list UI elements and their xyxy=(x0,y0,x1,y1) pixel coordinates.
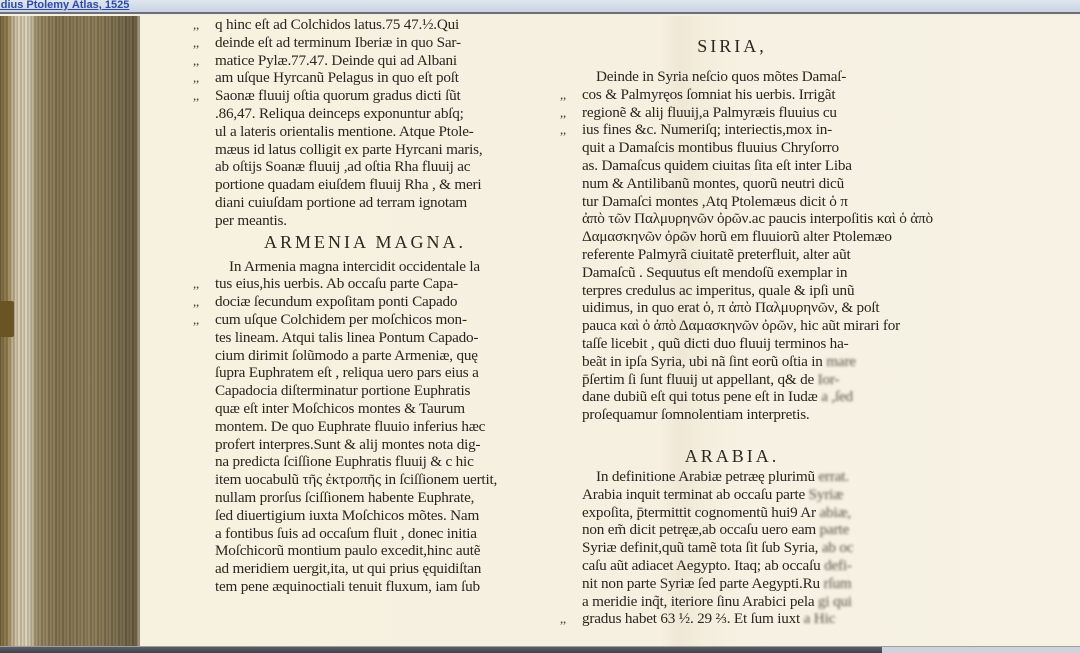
quotation-margin-mark: ,, xyxy=(193,293,199,311)
text-line: ,,dociæ ſecundum expoſitam ponti Capado xyxy=(215,293,515,311)
quotation-margin-mark: ,, xyxy=(193,16,199,34)
text-line: item uocabulũ τῆς ἐκτροπῆς in ſciſſionem… xyxy=(215,471,515,489)
blurred-text-fragment: mare xyxy=(823,353,856,370)
text-line: ,,Saonæ fluuij oſtia quorum gradus dicti… xyxy=(215,87,515,105)
text-line: ,,tus eius,his uerbis. Ab occaſu parte C… xyxy=(215,275,515,293)
text-line: ul a lateris orientalis mentione. Atque … xyxy=(215,123,515,141)
line-text: cium dirimit ſolũmodo a parte Armeniæ, q… xyxy=(215,347,478,364)
siria-paragraph: Deinde in Syria neſcio quos mõtes Damaſ-… xyxy=(582,68,882,424)
line-text: Saonæ fluuij oſtia quorum gradus dicti ſ… xyxy=(215,87,461,104)
line-text: as. Damaſcus quidem ciuitas ſita eſt int… xyxy=(582,157,852,174)
arabia-paragraph: In definitione Arabiæ petræę plurimũ err… xyxy=(582,468,882,628)
line-text: gradus habet 63 ½. 29 ⅔. Et ſum iuxt xyxy=(582,610,800,627)
text-line: tes lineam. Atqui talis linea Pontum Cap… xyxy=(215,329,515,347)
text-line: ad meridiem uergit,ita, ut qui prius ęqu… xyxy=(215,560,515,578)
line-text: nullam prorſus ſciſſionem habente Euphra… xyxy=(215,489,474,506)
line-text: a meridie inq̃t, iteriore ſinu Arabici p… xyxy=(582,593,814,610)
blurred-text-fragment: abiæ, xyxy=(816,504,851,521)
quotation-margin-mark: ,, xyxy=(193,52,199,70)
text-line: per meantis. xyxy=(215,212,515,230)
text-line: ,,regionẽ & alij fluuij,a Palmyræis fluu… xyxy=(582,104,882,122)
line-text: tem pene æquinoctiali tenuit fluxum, iam… xyxy=(215,578,480,595)
line-text: a fontibus ſuis ad occaſum fluit , donec… xyxy=(215,525,477,542)
text-line: pauca καὶ ὁ ἀπὸ Δαμασκηνῶν ὀρῶν, hic aũt… xyxy=(582,317,882,335)
line-text: cum uſque Colchidem per moſchicos mon- xyxy=(215,311,467,328)
text-line: tur Damaſci montes ,Atq Ptolemæus dicit … xyxy=(582,193,882,211)
text-line: Damaſcũ . Sequutus eſt mendoſũ exemplar … xyxy=(582,264,882,282)
text-line: proſequamur ſomnolentiam interpretis. xyxy=(582,406,882,424)
line-text: diani cuiuſdam portione ad terram ignota… xyxy=(215,194,467,211)
line-text: Capadocia diſterminatur portione Euphrat… xyxy=(215,382,470,399)
text-line: as. Damaſcus quidem ciuitas ſita eſt int… xyxy=(582,157,882,175)
scan-viewport[interactable]: ,,q hinc eſt ad Colchidos latus.75 47.½.… xyxy=(0,16,1080,646)
text-line: non em̃ dicit petręæ,ab occaſu uero eam … xyxy=(582,521,882,539)
text-line: Moſchicorũ montium paulo excedit,hinc au… xyxy=(215,542,515,560)
text-line: uidimus, in quo erat ὁ, π ἀπὸ Παλμυρηνῶν… xyxy=(582,299,882,317)
line-text: na predicta ſciſſione Euphratis fluuij &… xyxy=(215,453,474,470)
blurred-text-fragment: a Hic xyxy=(800,610,835,627)
line-text: per meantis. xyxy=(215,212,287,229)
line-text: expoſita, p̄termittit cognomentũ hui9 Ar xyxy=(582,504,816,521)
line-text: p̄ſertim ſi ſunt fluuij ut appellant, q&… xyxy=(582,371,814,388)
section-heading-siria: SIRIA, xyxy=(582,34,882,58)
text-line: portione quadam eiuſdem fluuij Rha , & m… xyxy=(215,176,515,194)
blurred-text-fragment: Syriæ xyxy=(805,486,843,503)
text-line: ,,ius fines &c. Numeriſq; interiectis,mo… xyxy=(582,121,882,139)
line-text: montem. De quo Euphrate fluuio inferius … xyxy=(215,418,485,435)
line-text: matice Pylæ.77.47. Deinde qui ad Albani xyxy=(215,52,457,69)
text-line: .86,47. Reliqua deinceps exponuntur abſq… xyxy=(215,105,515,123)
line-text: ab oſtijs Soanæ fluuij ,ad oſtia Rha flu… xyxy=(215,158,470,175)
blurred-text-fragment: Ior- xyxy=(814,371,839,388)
quotation-margin-mark: ,, xyxy=(193,34,199,52)
text-line: expoſita, p̄termittit cognomentũ hui9 Ar… xyxy=(582,504,882,522)
line-text: referente Palmyrã ciuitatẽ preterfluit, … xyxy=(582,246,851,263)
text-line: ἀπὸ τῶν Παλμυρηνῶν ὀρῶν.ac paucis interp… xyxy=(582,210,882,228)
line-text: regionẽ & alij fluuij,a Palmyræis fluuiu… xyxy=(582,104,837,121)
text-line: tem pene æquinoctiali tenuit fluxum, iam… xyxy=(215,578,515,596)
line-text: portione quadam eiuſdem fluuij Rha , & m… xyxy=(215,176,481,193)
line-text: ius fines &c. Numeriſq; interiectis,mox … xyxy=(582,121,832,138)
line-text: Moſchicorũ montium paulo excedit,hinc au… xyxy=(215,542,480,559)
line-text: deinde eſt ad terminum Iberiæ in quo Sar… xyxy=(215,34,461,51)
line-text: ἀπὸ τῶν Παλμυρηνῶν ὀρῶν.ac paucis interp… xyxy=(582,210,933,227)
quotation-margin-mark: ,, xyxy=(560,104,566,122)
quotation-margin-mark: ,, xyxy=(193,87,199,105)
text-line: Δαμασκηνῶν ὀρῶν horũ em fluuiorũ alter P… xyxy=(582,228,882,246)
text-line: nit non parte Syriæ ſed parte Aegypti.Ru… xyxy=(582,575,882,593)
text-line: ,,matice Pylæ.77.47. Deinde qui ad Alban… xyxy=(215,52,515,70)
text-line: num & Antilibanũ montes, quorũ neutri di… xyxy=(582,175,882,193)
line-text: non em̃ dicit petręæ,ab occaſu uero eam xyxy=(582,521,816,538)
blurred-text-fragment: defi- xyxy=(821,557,852,574)
line-text: nit non parte Syriæ ſed parte Aegypti.Ru xyxy=(582,575,820,592)
text-line: Capadocia diſterminatur portione Euphrat… xyxy=(215,382,515,400)
quotation-margin-mark: ,, xyxy=(560,86,566,104)
section-heading-arabia: ARABIA. xyxy=(582,444,882,468)
line-text: ſupra Euphratem eſt , reliqua uero pars … xyxy=(215,364,479,381)
line-text: In definitione Arabiæ petræę plurimũ xyxy=(596,468,815,485)
armenia-paragraph: In Armenia magna intercidit occidentale … xyxy=(215,258,515,596)
text-line: Arabia inquit terminat ab occaſu parte S… xyxy=(582,486,882,504)
text-line: terpres credulus ac imperitus, quale & i… xyxy=(582,282,882,300)
text-line: na predicta ſciſſione Euphratis fluuij &… xyxy=(215,453,515,471)
line-text: dociæ ſecundum expoſitam ponti Capado xyxy=(215,293,457,310)
line-text: quæ eſt inter Moſchicos montes & Taurum xyxy=(215,400,465,417)
text-line: diani cuiuſdam portione ad terram ignota… xyxy=(215,194,515,212)
line-text: am uſque Hyrcanũ Pelagus in quo eſt poſt xyxy=(215,69,459,86)
text-line: cium dirimit ſolũmodo a parte Armeniæ, q… xyxy=(215,347,515,365)
line-text: proſequamur ſomnolentiam interpretis. xyxy=(582,406,810,423)
quotation-margin-mark: ,, xyxy=(193,275,199,293)
text-line: ,,deinde eſt ad terminum Iberiæ in quo S… xyxy=(215,34,515,52)
text-line: p̄ſertim ſi ſunt fluuij ut appellant, q&… xyxy=(582,371,882,389)
text-line: a meridie inq̃t, iteriore ſinu Arabici p… xyxy=(582,593,882,611)
blurred-text-fragment: rſum xyxy=(820,575,851,592)
page-tab-marker xyxy=(0,301,14,337)
text-line: taſſe licebit , quũ dicti duo fluuij ter… xyxy=(582,335,882,353)
window-title-bar: udius Ptolemy Atlas, 1525 xyxy=(0,0,1080,14)
blurred-text-fragment: errat. xyxy=(815,468,849,485)
line-text: Arabia inquit terminat ab occaſu parte xyxy=(582,486,805,503)
text-line: nullam prorſus ſciſſionem habente Euphra… xyxy=(215,489,515,507)
line-text: ſed diuertigium iuxta Moſchicos mõtes. N… xyxy=(215,507,479,524)
text-line: ,,am uſque Hyrcanũ Pelagus in quo eſt po… xyxy=(215,69,515,87)
text-line: Syriæ definit,quũ tamẽ tota ſit ſub Syri… xyxy=(582,539,882,557)
line-text: ul a lateris orientalis mentione. Atque … xyxy=(215,123,474,140)
text-line: mæus id latus colligit ex parte Hyrcani … xyxy=(215,141,515,159)
line-text: Syriæ definit,quũ tamẽ tota ſit ſub Syri… xyxy=(582,539,818,556)
line-text: profert interpres.Sunt & alij montes not… xyxy=(215,436,480,453)
line-text: cos & Palmyręos ſomniat his uerbis. Irri… xyxy=(582,86,835,103)
line-text: quit a Damaſcis montibus fluuius Chryſor… xyxy=(582,139,839,156)
text-line: montem. De quo Euphrate fluuio inferius … xyxy=(215,418,515,436)
line-text: pauca καὶ ὁ ἀπὸ Δαμασκηνῶν ὀρῶν, hic aũt… xyxy=(582,317,900,334)
line-text: mæus id latus colligit ex parte Hyrcani … xyxy=(215,141,483,158)
blurred-text-fragment: gi qui xyxy=(814,593,851,610)
text-line: ,,gradus habet 63 ½. 29 ⅔. Et ſum iuxt a… xyxy=(582,610,882,628)
line-text: Deinde in Syria neſcio quos mõtes Damaſ- xyxy=(596,68,846,85)
line-text: Damaſcũ . Sequutus eſt mendoſũ exemplar … xyxy=(582,264,847,281)
text-line: ,,cos & Palmyręos ſomniat his uerbis. Ir… xyxy=(582,86,882,104)
text-line: In Armenia magna intercidit occidentale … xyxy=(215,258,515,276)
line-text: caſu aũt adiacet Aegypto. Itaq; ab occaſ… xyxy=(582,557,821,574)
text-line: caſu aũt adiacet Aegypto. Itaq; ab occaſ… xyxy=(582,557,882,575)
text-line: ,,q hinc eſt ad Colchidos latus.75 47.½.… xyxy=(215,16,515,34)
text-line: ſupra Euphratem eſt , reliqua uero pars … xyxy=(215,364,515,382)
text-line: quit a Damaſcis montibus fluuius Chryſor… xyxy=(582,139,882,157)
text-line: ab oſtijs Soanæ fluuij ,ad oſtia Rha flu… xyxy=(215,158,515,176)
quotation-margin-mark: ,, xyxy=(193,69,199,87)
text-line: dane dubiũ eſt qui totus pene eſt in Iud… xyxy=(582,388,882,406)
quotation-margin-mark: ,, xyxy=(560,610,566,628)
scrollbar-thumb[interactable] xyxy=(0,647,882,653)
line-text: taſſe licebit , quũ dicti duo fluuij ter… xyxy=(582,335,848,352)
text-line: referente Palmyrã ciuitatẽ preterfluit, … xyxy=(582,246,882,264)
line-text: tes lineam. Atqui talis linea Pontum Cap… xyxy=(215,329,478,346)
text-line: a fontibus ſuis ad occaſum fluit , donec… xyxy=(215,525,515,543)
blurred-text-fragment: parte xyxy=(816,521,849,538)
line-text: terpres credulus ac imperitus, quale & i… xyxy=(582,282,854,299)
line-text: tus eius,his uerbis. Ab occaſu parte Cap… xyxy=(215,275,458,292)
horizontal-scrollbar[interactable] xyxy=(0,646,1080,653)
line-text: num & Antilibanũ montes, quorũ neutri di… xyxy=(582,175,844,192)
blurred-text-fragment: ab oc xyxy=(818,539,853,556)
text-line: ,,cum uſque Colchidem per moſchicos mon- xyxy=(215,311,515,329)
section-heading-armenia: ARMENIA MAGNA. xyxy=(215,230,515,254)
text-line: ſed diuertigium iuxta Moſchicos mõtes. N… xyxy=(215,507,515,525)
line-text: beãt in ipſa Syria, ubi nã ſint eorũ oſt… xyxy=(582,353,823,370)
line-text: q hinc eſt ad Colchidos latus.75 47.½.Qu… xyxy=(215,16,459,33)
text-line: quæ eſt inter Moſchicos montes & Taurum xyxy=(215,400,515,418)
left-text-column: ,,q hinc eſt ad Colchidos latus.75 47.½.… xyxy=(215,16,515,596)
quotation-margin-mark: ,, xyxy=(560,121,566,139)
line-text: item uocabulũ τῆς ἐκτροπῆς in ſciſſionem… xyxy=(215,471,497,488)
line-text: tur Damaſci montes ,Atq Ptolemæus dicit … xyxy=(582,193,848,210)
right-text-column: SIRIA, Deinde in Syria neſcio quos mõtes… xyxy=(582,34,882,628)
page-title-link[interactable]: udius Ptolemy Atlas, 1525 xyxy=(0,0,129,11)
line-text: Δαμασκηνῶν ὀρῶν horũ em fluuiorũ alter P… xyxy=(582,228,892,245)
book-fore-edge xyxy=(0,16,140,646)
text-line: Deinde in Syria neſcio quos mõtes Damaſ- xyxy=(582,68,882,86)
left-intro-paragraph: ,,q hinc eſt ad Colchidos latus.75 47.½.… xyxy=(215,16,515,230)
text-line: beãt in ipſa Syria, ubi nã ſint eorũ oſt… xyxy=(582,353,882,371)
line-text: In Armenia magna intercidit occidentale … xyxy=(229,258,480,275)
text-line: In definitione Arabiæ petræę plurimũ err… xyxy=(582,468,882,486)
line-text: .86,47. Reliqua deinceps exponuntur abſq… xyxy=(215,105,464,122)
quotation-margin-mark: ,, xyxy=(193,311,199,329)
blurred-text-fragment: a ,ſed xyxy=(818,388,853,405)
line-text: ad meridiem uergit,ita, ut qui prius ęqu… xyxy=(215,560,481,577)
line-text: dane dubiũ eſt qui totus pene eſt in Iud… xyxy=(582,388,818,405)
line-text: uidimus, in quo erat ὁ, π ἀπὸ Παλμυρηνῶν… xyxy=(582,299,879,316)
text-line: profert interpres.Sunt & alij montes not… xyxy=(215,436,515,454)
